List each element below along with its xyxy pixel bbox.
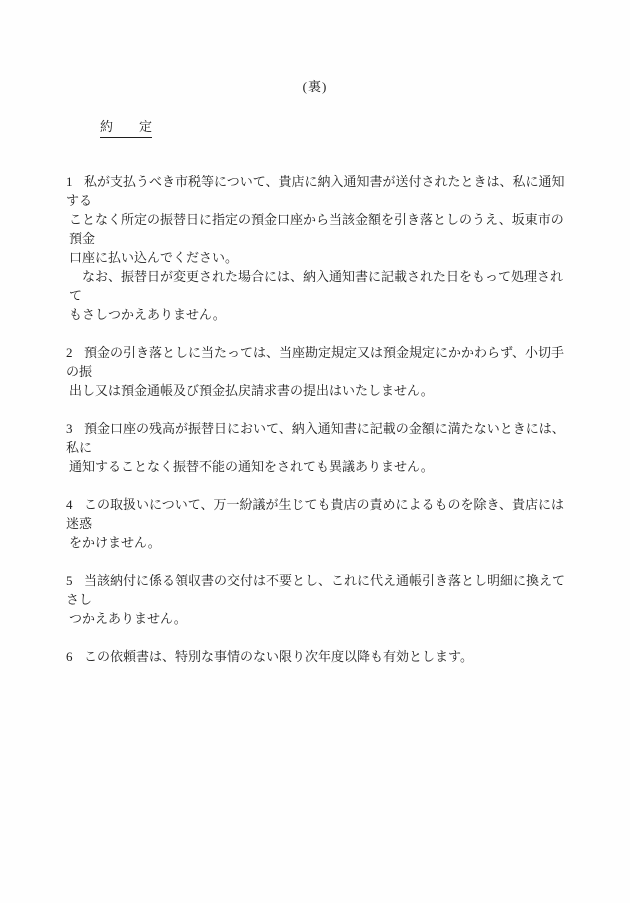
side-label: (裏) — [0, 77, 630, 96]
term-line: 5当該納付に係る領収書の交付は不要とし、これに代え通帳引き落とし明細に換えてさし — [66, 571, 571, 609]
term-number: 5 — [66, 571, 73, 590]
term-item-5: 5当該納付に係る領収書の交付は不要とし、これに代え通帳引き落とし明細に換えてさし… — [66, 571, 571, 628]
term-number: 2 — [66, 343, 73, 362]
term-item-3: 3預金口座の残高が振替日において、納入通知書に記載の金額に満たないときには、私に… — [66, 419, 571, 476]
term-number: 3 — [66, 419, 73, 438]
terms-list: 1私が支払うべき市税等について、貴店に納入通知書が送付されたときは、私に通知する… — [66, 172, 571, 685]
term-line: 3預金口座の残高が振替日において、納入通知書に記載の金額に満たないときには、私に — [66, 419, 571, 457]
term-line: 1私が支払うべき市税等について、貴店に納入通知書が送付されたときは、私に通知する — [66, 172, 571, 210]
term-line: 4この取扱いについて、万一紛議が生じても貴店の責めによるものを除き、貴店には迷惑 — [66, 495, 571, 533]
term-line: 通知することなく振替不能の通知をされても異議ありません。 — [66, 457, 571, 476]
term-item-2: 2預金の引き落としに当たっては、当座勘定規定又は預金規定にかかわらず、小切手の振… — [66, 343, 571, 400]
term-number: 6 — [66, 647, 73, 666]
term-item-4: 4この取扱いについて、万一紛議が生じても貴店の責めによるものを除き、貴店には迷惑… — [66, 495, 571, 552]
term-line: 2預金の引き落としに当たっては、当座勘定規定又は預金規定にかかわらず、小切手の振 — [66, 343, 571, 381]
document-page: (裏) 約 定 1私が支払うべき市税等について、貴店に納入通知書が送付されたとき… — [0, 0, 630, 903]
term-line: 口座に払い込んでください。 — [66, 248, 571, 267]
term-text: 当該納付に係る領収書の交付は不要とし、これに代え通帳引き落とし明細に換えてさし — [66, 573, 565, 607]
terms-heading: 約 定 — [100, 117, 152, 138]
term-number: 4 — [66, 495, 73, 514]
term-line: 6この依頼書は、特別な事情のない限り次年度以降も有効とします。 — [66, 647, 571, 666]
term-item-6: 6この依頼書は、特別な事情のない限り次年度以降も有効とします。 — [66, 647, 571, 666]
term-line: つかえありません。 — [66, 609, 571, 628]
term-line: をかけません。 — [66, 533, 571, 552]
term-text: 預金口座の残高が振替日において、納入通知書に記載の金額に満たないときには、私に — [66, 421, 565, 455]
term-text: この取扱いについて、万一紛議が生じても貴店の責めによるものを除き、貴店には迷惑 — [66, 497, 564, 531]
term-line: もさしつかえありません。 — [66, 305, 571, 324]
term-number: 1 — [66, 172, 73, 191]
term-line: 出し又は預金通帳及び預金払戻請求書の提出はいたしません。 — [66, 381, 571, 400]
term-text: この依頼書は、特別な事情のない限り次年度以降も有効とします。 — [84, 649, 473, 664]
term-text: 私が支払うべき市税等について、貴店に納入通知書が送付されたときは、私に通知する — [66, 174, 564, 208]
term-line: なお、振替日が変更された場合には、納入通知書に記載された日をもって処理されて — [66, 267, 571, 305]
term-text: 預金の引き落としに当たっては、当座勘定規定又は預金規定にかかわらず、小切手の振 — [66, 345, 564, 379]
term-item-1: 1私が支払うべき市税等について、貴店に納入通知書が送付されたときは、私に通知する… — [66, 172, 571, 324]
term-line: ことなく所定の振替日に指定の預金口座から当該金額を引き落としのうえ、坂東市の預金 — [66, 210, 571, 248]
